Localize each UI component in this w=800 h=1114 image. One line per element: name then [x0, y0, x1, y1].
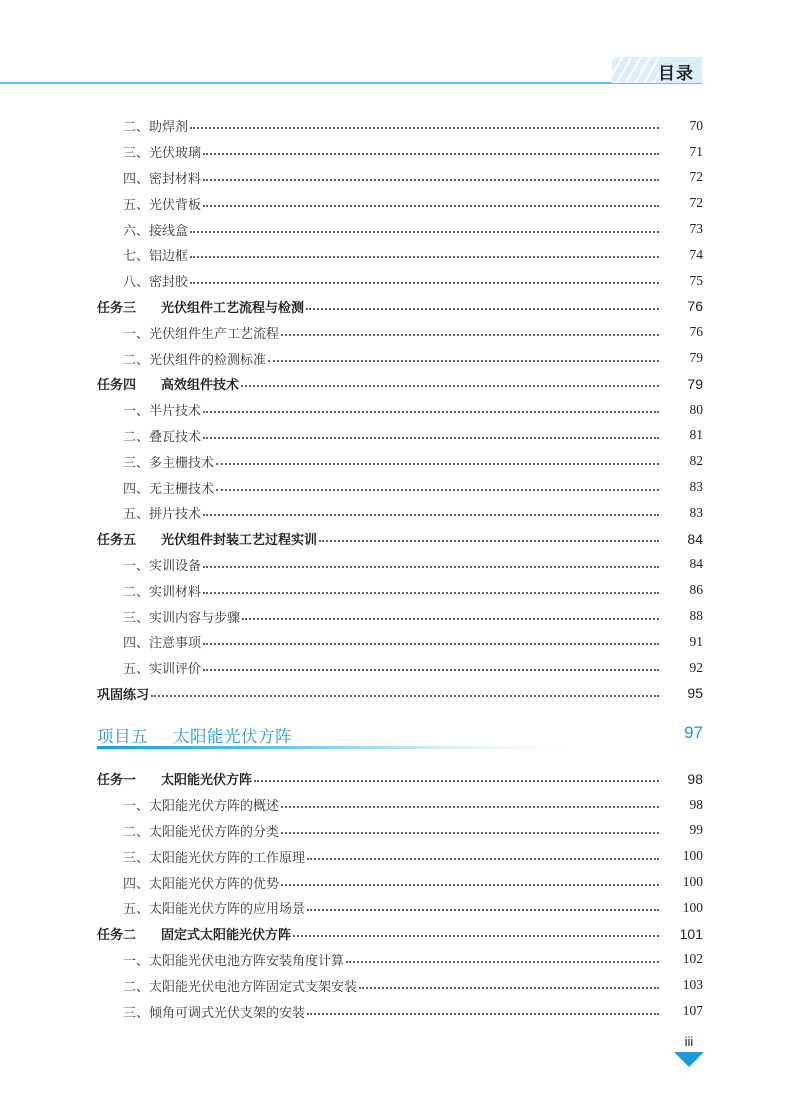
toc-page-number: 71: [669, 144, 703, 160]
toc-page-number: 99: [669, 822, 703, 838]
project-title: 太阳能光伏方阵: [173, 727, 292, 746]
dot-leader: [190, 230, 659, 233]
toc-entry-label: 三、光伏玻璃: [97, 142, 203, 161]
toc-entry-title: 四、注意事项: [123, 636, 201, 651]
toc-page-number: 72: [669, 195, 703, 211]
toc-entry-title: 二、实训材料: [123, 585, 201, 600]
toc-section-entry[interactable]: 任务四高效组件技术79: [97, 371, 703, 397]
dot-leader: [190, 281, 659, 284]
toc-section-entry[interactable]: 任务二固定式太阳能光伏方阵101: [97, 921, 703, 947]
task-number: 任务三: [97, 297, 161, 316]
toc-entry-title: 五、太阳能光伏方阵的应用场景: [123, 902, 305, 917]
dot-leader: [203, 152, 659, 155]
toc-entry[interactable]: 五、实训评价92: [97, 655, 703, 681]
dot-leader: [281, 333, 659, 336]
toc-entry-label: 二、助焊剂: [97, 116, 190, 135]
toc-entry-label: 三、倾角可调式光伏支架的安装: [97, 1002, 307, 1021]
toc-entry-title: 巩固练习: [97, 688, 149, 703]
task-number: 任务五: [97, 529, 161, 548]
toc-page-number: 84: [669, 556, 703, 572]
toc-entry[interactable]: 四、无主栅技术83: [97, 474, 703, 500]
project-heading[interactable]: 项目五太阳能光伏方阵 97: [97, 720, 703, 750]
toc-entry-title: 光伏组件封装工艺过程实训: [161, 533, 317, 548]
dot-leader: [151, 694, 659, 697]
toc-entry-label: 任务二固定式太阳能光伏方阵: [97, 924, 293, 943]
toc-entry-title: 七、铝边框: [123, 249, 188, 264]
toc-page-number: 76: [669, 324, 703, 340]
toc-entry-title: 二、太阳能光伏方阵的分类: [123, 825, 279, 840]
toc-entry-label: 五、拼片技术: [97, 503, 203, 522]
toc-entry-title: 四、太阳能光伏方阵的优势: [123, 877, 279, 892]
dot-leader: [203, 436, 659, 439]
toc-entry-title: 三、倾角可调式光伏支架的安装: [123, 1006, 305, 1021]
toc-entry[interactable]: 三、太阳能光伏方阵的工作原理100: [97, 843, 703, 869]
toc-page-number: 98: [669, 797, 703, 813]
dot-leader: [203, 513, 659, 516]
toc-entry[interactable]: 七、铝边框74: [97, 242, 703, 268]
dot-leader: [306, 307, 659, 310]
toc-page-number: 100: [669, 874, 703, 890]
toc-entry-title: 六、接线盒: [123, 224, 188, 239]
toc-page-number: 92: [669, 660, 703, 676]
toc-page-number: 88: [669, 608, 703, 624]
toc-entry-label: 二、太阳能光伏方阵的分类: [97, 821, 281, 840]
toc-page-number: 86: [669, 582, 703, 598]
toc-page-number: 100: [669, 848, 703, 864]
toc-page-number: 73: [669, 221, 703, 237]
toc-entry[interactable]: 二、叠瓦技术81: [97, 423, 703, 449]
toc-entry-title: 一、实训设备: [123, 559, 201, 574]
toc-entry[interactable]: 四、密封材料72: [97, 165, 703, 191]
dot-leader: [307, 857, 659, 860]
toc-page-number: 80: [669, 402, 703, 418]
page-folio: iii: [672, 1034, 706, 1049]
toc-page-number: 79: [669, 350, 703, 366]
toc-page-number: 72: [669, 169, 703, 185]
toc-entry-label: 五、实训评价: [97, 658, 203, 677]
toc-entry[interactable]: 二、实训材料86: [97, 577, 703, 603]
toc-entry-label: 二、叠瓦技术: [97, 426, 203, 445]
header-band: 目录: [612, 57, 702, 83]
toc-page-number: 101: [669, 926, 703, 942]
dot-leader: [216, 488, 659, 491]
toc-entry-title: 八、密封胶: [123, 275, 188, 290]
toc-entry[interactable]: 五、太阳能光伏方阵的应用场景100: [97, 895, 703, 921]
toc-entry-title: 二、助焊剂: [123, 120, 188, 135]
toc-section-entry[interactable]: 巩固练习95: [97, 681, 703, 707]
project-heading-underline: [97, 746, 577, 749]
toc-entry-title: 三、实训内容与步骤: [123, 611, 240, 626]
toc-entry[interactable]: 三、光伏玻璃71: [97, 139, 703, 165]
project-page-number: 97: [684, 723, 703, 743]
dot-leader: [281, 831, 659, 834]
toc-entry-label: 四、注意事项: [97, 632, 203, 651]
toc-entry[interactable]: 二、助焊剂70: [97, 113, 703, 139]
triangle-down-icon: [674, 1052, 704, 1067]
toc-page-number: 81: [669, 427, 703, 443]
toc-entry[interactable]: 三、多主栅技术82: [97, 448, 703, 474]
toc-entry-label: 二、实训材料: [97, 581, 203, 600]
toc-entry[interactable]: 六、接线盒73: [97, 216, 703, 242]
toc-entry-label: 八、密封胶: [97, 271, 190, 290]
toc-entry[interactable]: 二、太阳能光伏电池方阵固定式支架安装103: [97, 972, 703, 998]
toc-entry-label: 一、太阳能光伏方阵的概述: [97, 795, 281, 814]
toc-entry-title: 四、无主栅技术: [123, 482, 214, 497]
toc-page-number: 100: [669, 900, 703, 916]
toc-entry-title: 光伏组件工艺流程与检测: [161, 301, 304, 316]
dot-leader: [319, 539, 659, 542]
toc-entry-title: 三、多主栅技术: [123, 456, 214, 471]
dot-leader: [203, 565, 659, 568]
dot-leader: [203, 668, 659, 671]
toc-entry-title: 一、光伏组件生产工艺流程: [123, 327, 279, 342]
toc-page-number: 91: [669, 634, 703, 650]
toc-entry-label: 三、实训内容与步骤: [97, 607, 242, 626]
toc-page-number: 95: [669, 685, 703, 701]
toc-entry-title: 五、光伏背板: [123, 198, 201, 213]
toc-entry[interactable]: 一、实训设备84: [97, 552, 703, 578]
toc-page-number: 70: [669, 118, 703, 134]
toc-entry-label: 任务一太阳能光伏方阵: [97, 769, 254, 788]
toc-entry-label: 任务四高效组件技术: [97, 374, 241, 393]
toc-entry[interactable]: 一、太阳能光伏方阵的概述98: [97, 792, 703, 818]
dot-leader: [203, 178, 659, 181]
dot-leader: [307, 908, 659, 911]
toc-entry[interactable]: 一、太阳能光伏电池方阵安装角度计算102: [97, 947, 703, 973]
toc-page-number: 82: [669, 453, 703, 469]
dot-leader: [203, 204, 659, 207]
dot-leader: [268, 359, 659, 362]
toc-entry-title: 三、光伏玻璃: [123, 146, 201, 161]
dot-leader: [254, 779, 659, 782]
dot-leader: [203, 410, 659, 413]
dot-leader: [190, 126, 659, 129]
dot-leader: [359, 986, 659, 989]
dot-leader: [346, 960, 659, 963]
toc-entry-label: 三、多主栅技术: [97, 452, 216, 471]
toc-entry-label: 一、太阳能光伏电池方阵安装角度计算: [97, 950, 346, 969]
toc-page-number: 107: [669, 1003, 703, 1019]
toc-page-number: 74: [669, 247, 703, 263]
toc-entry[interactable]: 八、密封胶75: [97, 268, 703, 294]
toc-entry-label: 五、光伏背板: [97, 194, 203, 213]
toc-entry-label: 四、密封材料: [97, 168, 203, 187]
dot-leader: [203, 642, 659, 645]
toc-entry-label: 任务五光伏组件封装工艺过程实训: [97, 529, 319, 548]
dot-leader: [216, 462, 659, 465]
toc-entry-title: 二、太阳能光伏电池方阵固定式支架安装: [123, 980, 357, 995]
toc-page-number: 84: [669, 531, 703, 547]
toc-entry[interactable]: 一、光伏组件生产工艺流程76: [97, 319, 703, 345]
toc-entry-title: 高效组件技术: [161, 378, 239, 393]
toc-page-number: 75: [669, 273, 703, 289]
toc-page-number: 98: [669, 771, 703, 787]
toc-entry-title: 固定式太阳能光伏方阵: [161, 928, 291, 943]
toc-entry-label: 巩固练习: [97, 684, 151, 703]
toc-entry-label: 任务三光伏组件工艺流程与检测: [97, 297, 306, 316]
toc-entry-label: 二、光伏组件的检测标准: [97, 349, 268, 368]
project-number: 项目五: [97, 723, 173, 747]
toc-entry-label: 一、光伏组件生产工艺流程: [97, 323, 281, 342]
toc-entry-label: 一、实训设备: [97, 555, 203, 574]
dot-leader: [242, 617, 659, 620]
toc-entry-title: 一、半片技术: [123, 404, 201, 419]
toc-entry-label: 四、无主栅技术: [97, 478, 216, 497]
toc-entry[interactable]: 二、太阳能光伏方阵的分类99: [97, 818, 703, 844]
header-rule: [0, 82, 702, 84]
toc-page-number: 79: [669, 376, 703, 392]
task-number: 任务四: [97, 374, 161, 393]
toc-entry-label: 三、太阳能光伏方阵的工作原理: [97, 847, 307, 866]
toc-list-part2: 任务一太阳能光伏方阵98一、太阳能光伏方阵的概述98二、太阳能光伏方阵的分类99…: [97, 766, 703, 1024]
toc-entry-title: 一、太阳能光伏方阵的概述: [123, 799, 279, 814]
toc-page-number: 83: [669, 479, 703, 495]
toc-section-entry[interactable]: 任务五光伏组件封装工艺过程实训84: [97, 526, 703, 552]
dot-leader: [281, 805, 659, 808]
toc-section-entry[interactable]: 任务三光伏组件工艺流程与检测76: [97, 294, 703, 320]
toc-entry-label: 七、铝边框: [97, 245, 190, 264]
dot-leader: [293, 934, 659, 937]
toc-entry[interactable]: 二、光伏组件的检测标准79: [97, 345, 703, 371]
toc-entry[interactable]: 一、半片技术80: [97, 397, 703, 423]
toc-entry-label: 五、太阳能光伏方阵的应用场景: [97, 898, 307, 917]
toc-section-entry[interactable]: 任务一太阳能光伏方阵98: [97, 766, 703, 792]
header-stripes-decoration: [612, 57, 660, 83]
toc-entry-label: 四、太阳能光伏方阵的优势: [97, 873, 281, 892]
page-header-title: 目录: [658, 59, 694, 83]
toc-entry[interactable]: 五、拼片技术83: [97, 500, 703, 526]
toc-list-part1: 二、助焊剂70三、光伏玻璃71四、密封材料72五、光伏背板72六、接线盒73七、…: [97, 113, 703, 706]
toc-page-number: 103: [669, 977, 703, 993]
toc-entry-title: 二、光伏组件的检测标准: [123, 353, 266, 368]
toc-entry-label: 一、半片技术: [97, 400, 203, 419]
toc-entry-title: 四、密封材料: [123, 172, 201, 187]
dot-leader: [281, 883, 659, 886]
dot-leader: [190, 255, 659, 258]
toc-entry-title: 五、拼片技术: [123, 507, 201, 522]
task-number: 任务二: [97, 924, 161, 943]
toc-entry-label: 六、接线盒: [97, 220, 190, 239]
toc-entry[interactable]: 四、注意事项91: [97, 629, 703, 655]
toc-entry[interactable]: 四、太阳能光伏方阵的优势100: [97, 869, 703, 895]
toc-entry-title: 一、太阳能光伏电池方阵安装角度计算: [123, 954, 344, 969]
toc-entry-title: 二、叠瓦技术: [123, 430, 201, 445]
toc-entry[interactable]: 三、实训内容与步骤88: [97, 603, 703, 629]
toc-entry-label: 二、太阳能光伏电池方阵固定式支架安装: [97, 976, 359, 995]
toc-entry-title: 五、实训评价: [123, 662, 201, 677]
dot-leader: [307, 1012, 659, 1015]
toc-page-number: 83: [669, 505, 703, 521]
toc-page-number: 102: [669, 951, 703, 967]
dot-leader: [203, 591, 659, 594]
toc-entry[interactable]: 五、光伏背板72: [97, 190, 703, 216]
dot-leader: [241, 384, 659, 387]
toc-entry-title: 三、太阳能光伏方阵的工作原理: [123, 851, 305, 866]
toc-entry-title: 太阳能光伏方阵: [161, 773, 252, 788]
task-number: 任务一: [97, 769, 161, 788]
toc-entry[interactable]: 三、倾角可调式光伏支架的安装107: [97, 998, 703, 1024]
toc-page-number: 76: [669, 298, 703, 314]
